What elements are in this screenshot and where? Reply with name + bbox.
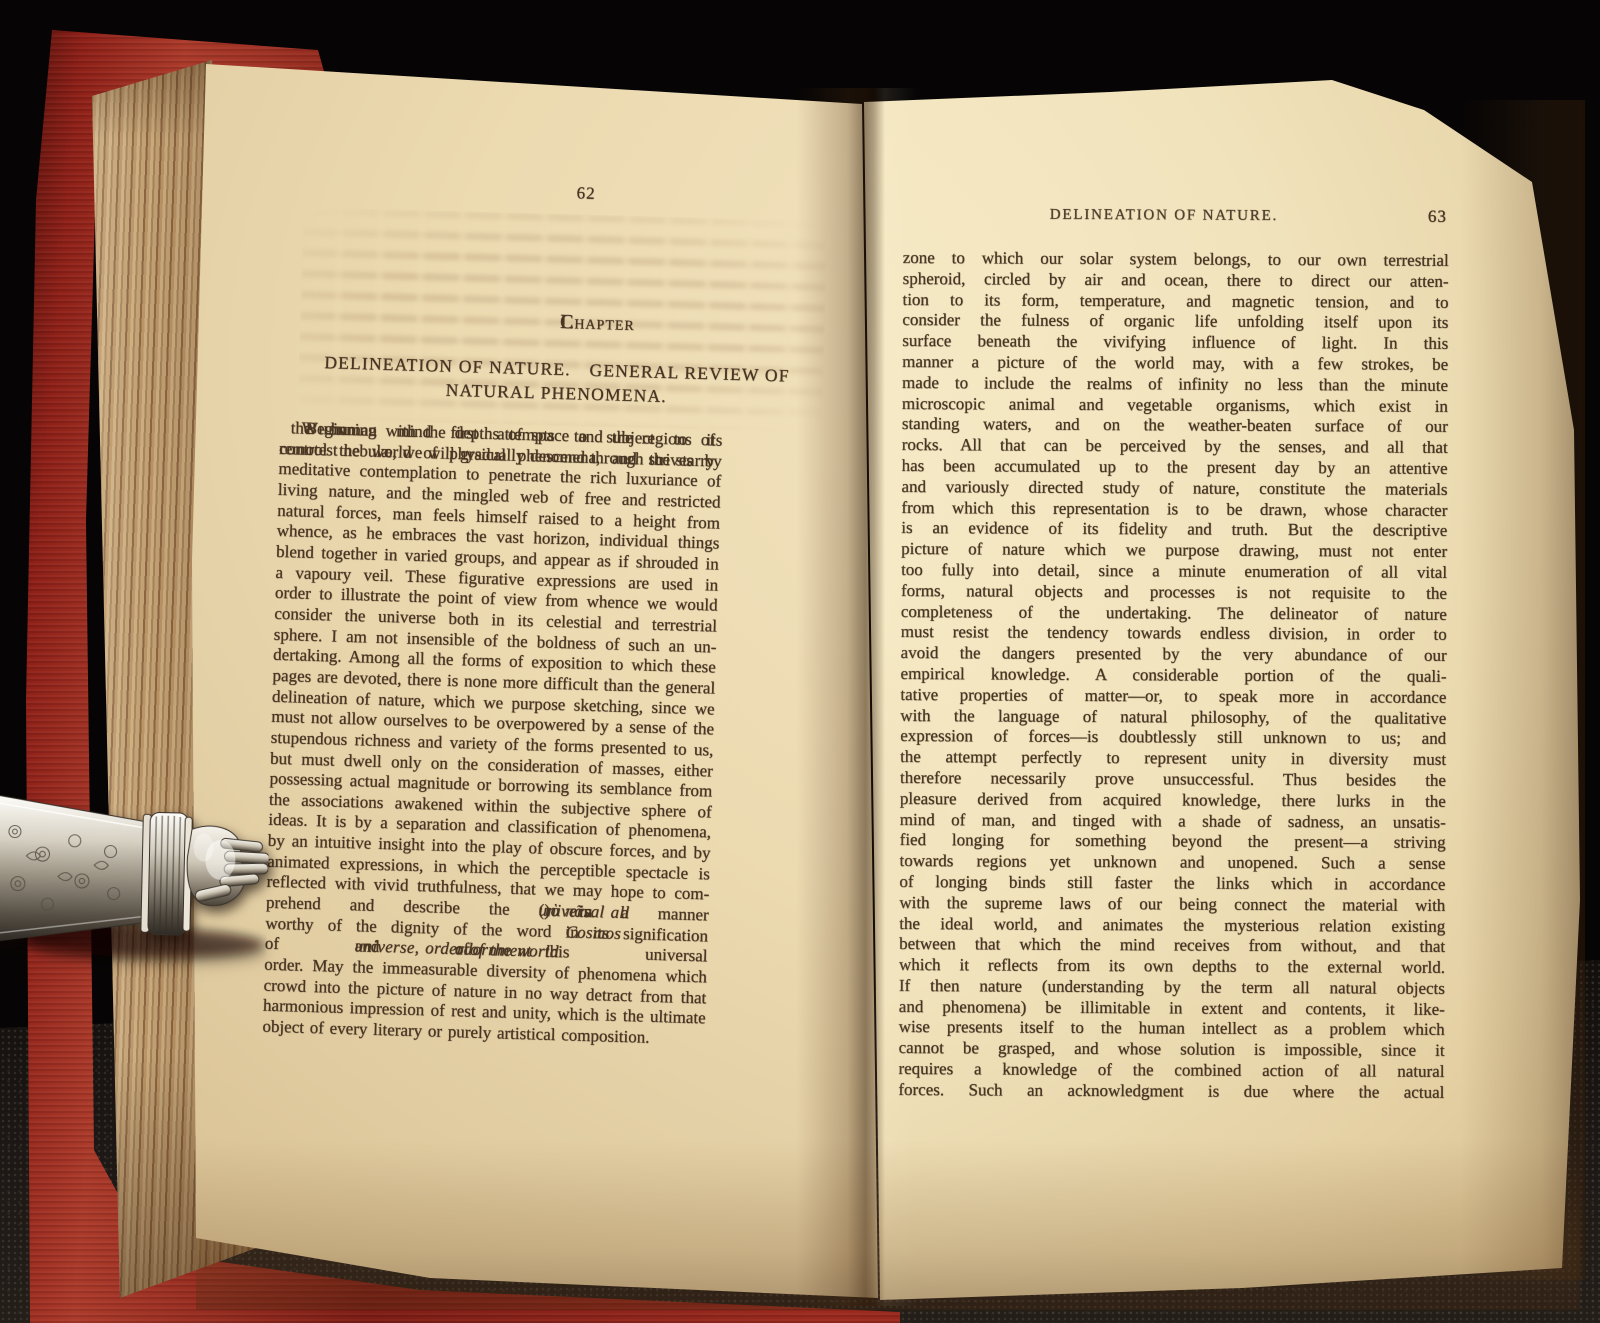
- text-line: with the language of natural philosophy,…: [900, 706, 1446, 730]
- text-line: spheroid, circled by air and ocean, ther…: [903, 269, 1449, 293]
- running-header-row: DELINEATION OF NATURE. 63: [903, 206, 1449, 231]
- text-line: has been accumulated up to the present d…: [902, 456, 1448, 480]
- text-line: microscopic animal and vegetable organis…: [902, 394, 1448, 418]
- text-line: picture of nature which we purpose drawi…: [901, 539, 1447, 563]
- silver-hand-page-clip: [0, 783, 270, 973]
- clip-handle: [0, 795, 150, 944]
- page-62-body: When the human mind first attempts to su…: [280, 418, 831, 434]
- text-line: forces. Such an acknowledgment is due wh…: [898, 1080, 1444, 1104]
- text-line: and variously directed study of nature, …: [901, 477, 1447, 501]
- text-line: rocks. All that can be perceived by the …: [902, 435, 1448, 459]
- text-line: with the supreme laws of our being conne…: [899, 893, 1445, 917]
- text-line: If then nature (understanding by the ter…: [899, 976, 1445, 1000]
- text-line: pleasure derived from acquired knowledge…: [900, 789, 1446, 813]
- text-line: wise presents itself to the human intell…: [899, 1017, 1445, 1041]
- text-line: mind of man, and tinged with a shade of …: [900, 810, 1446, 834]
- text-line: towards regions yet unknown and unopened…: [900, 851, 1446, 875]
- chapter-heading: Chapter I.: [293, 303, 844, 342]
- text-line: too fully into detail, since a minute en…: [901, 560, 1447, 584]
- page-number-63: 63: [1428, 207, 1447, 227]
- text-line: fied longing for something beyond the pr…: [900, 830, 1446, 854]
- text-line: forms, natural objects and processes is …: [901, 581, 1447, 605]
- text-line: consider the fulness of organic life unf…: [902, 310, 1448, 334]
- paragraph: When the human mind first attempts to su…: [262, 418, 722, 1050]
- text-line: avoid the dangers presented by the very …: [901, 643, 1447, 667]
- page-63-content: DELINEATION OF NATURE. 63 zone to which …: [898, 206, 1449, 1169]
- page-63-body: zone to which our solar system belongs, …: [898, 248, 1448, 1104]
- text-line: surface beneath the vivifying influence …: [902, 331, 1448, 355]
- text-line: made to include the realms of infinity n…: [902, 373, 1448, 397]
- text-line: standing waters, and on the weather-beat…: [902, 414, 1448, 438]
- text-line: from which this representation is to be …: [901, 498, 1447, 522]
- text-line: must resist the tendency towards endless…: [901, 622, 1447, 646]
- text-line: is an evidence of its fidelity and truth…: [901, 518, 1447, 542]
- text-line: therefore necessarily prove unsuccessful…: [900, 768, 1446, 792]
- running-header: DELINEATION OF NATURE.: [891, 206, 1437, 226]
- text-line: the attempt perfectly to represent unity…: [900, 747, 1446, 771]
- text-line: empirical knowledge. A considerable port…: [900, 664, 1446, 688]
- text-line: zone to which our solar system belongs, …: [903, 248, 1449, 272]
- text-line: and phenomena) be illimitable in extent …: [899, 997, 1445, 1021]
- text-line: the ideal world, and animates the myster…: [899, 913, 1445, 937]
- page-62-content: 62 Chapter I. DELINEATION OF NATURE. GEN…: [261, 175, 838, 1110]
- text-line: manner a picture of the world may, with …: [902, 352, 1448, 376]
- text-line: completeness of the undertaking. The del…: [901, 602, 1447, 626]
- text-line: expression of forces—is doubtlessly stil…: [900, 726, 1446, 750]
- text-line: of longing binds still faster the links …: [899, 872, 1445, 896]
- text-line: between that which the mind receives fro…: [899, 934, 1445, 958]
- book-photo: 62 Chapter I. DELINEATION OF NATURE. GEN…: [0, 0, 1600, 1323]
- text-line: tative properties of matter—or, to speak…: [900, 685, 1446, 709]
- text-line: tion to its form, temperature, and magne…: [902, 290, 1448, 314]
- text-line: which it reflects from its own depths to…: [899, 955, 1445, 979]
- text-line: cannot be grasped, and whose solution is…: [899, 1038, 1445, 1062]
- text-line: requires a knowledge of the combined act…: [898, 1059, 1444, 1083]
